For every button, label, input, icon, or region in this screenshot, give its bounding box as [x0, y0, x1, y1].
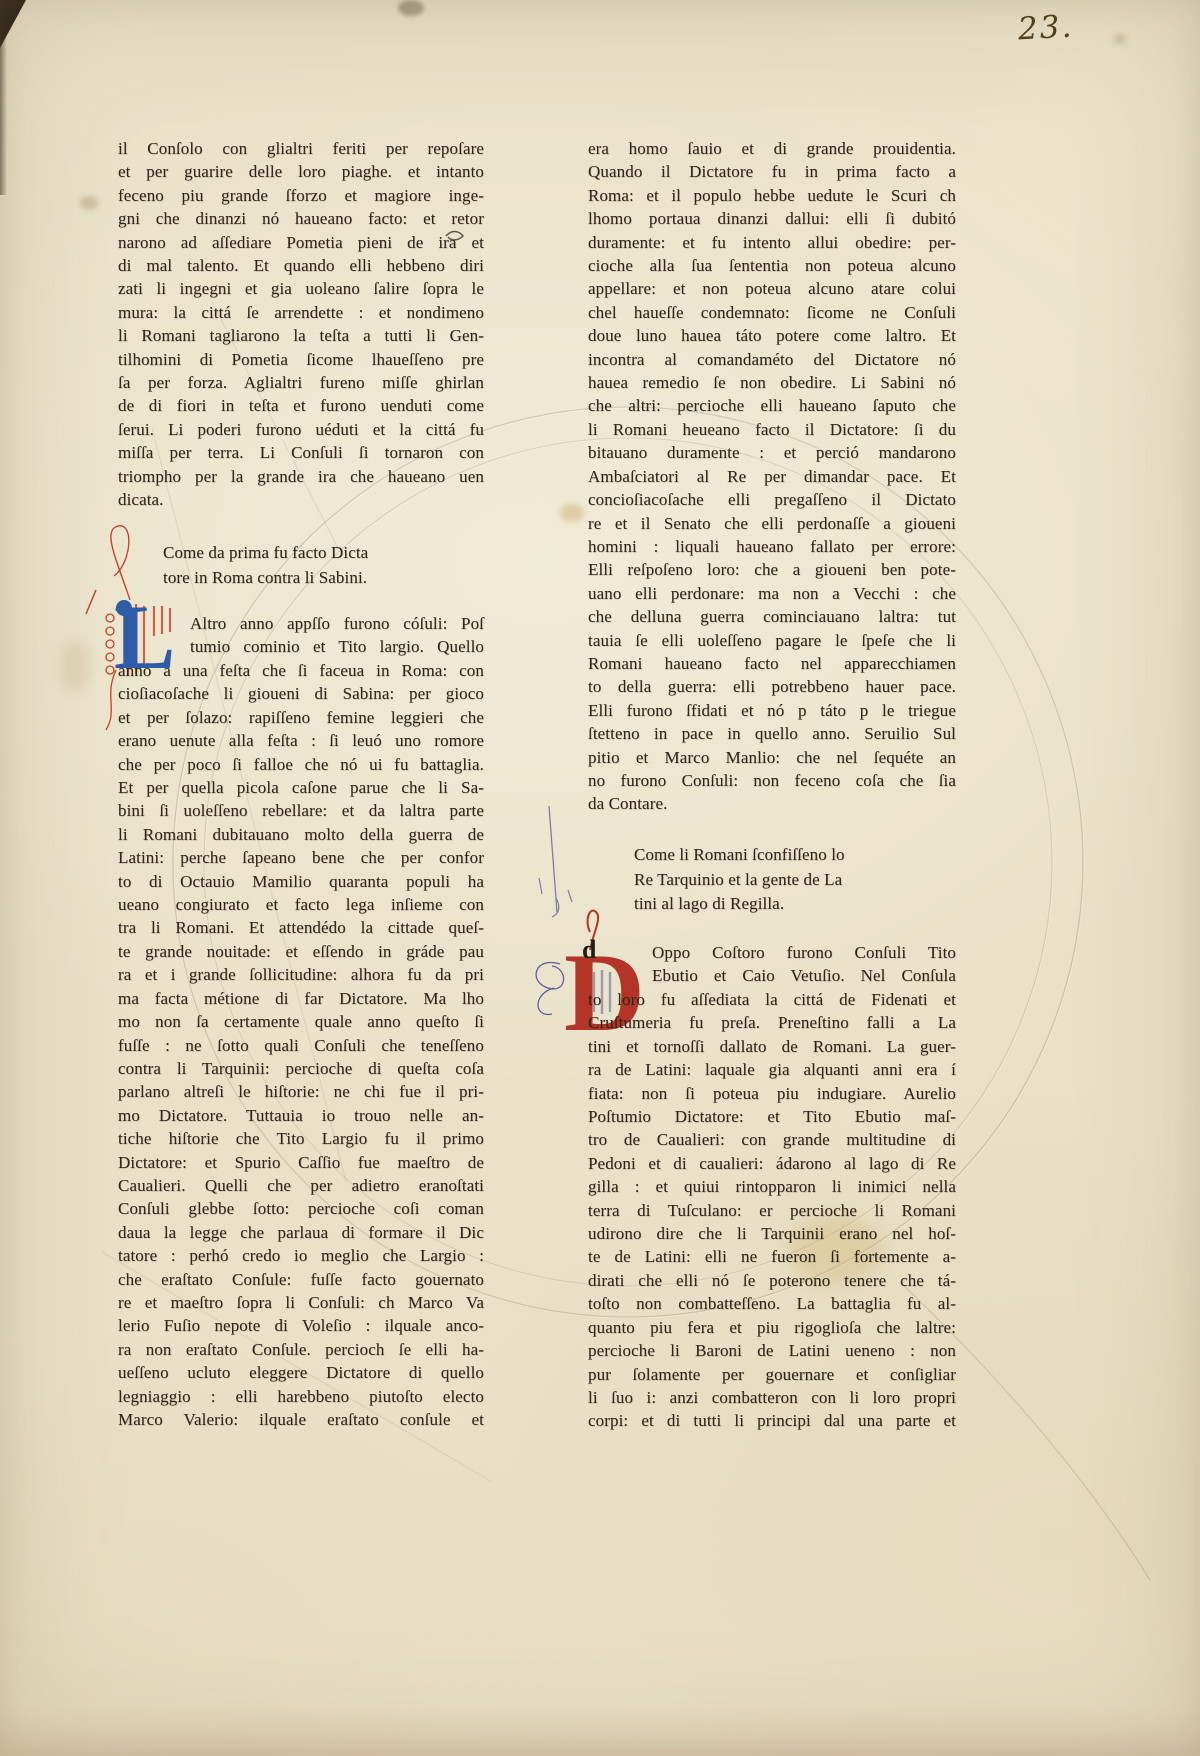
text-line: mura: la cittá ſe arrendette : et nondim… — [118, 301, 484, 324]
right-paragraph-1: era homo ſauio et di grande prouidentia.… — [588, 137, 956, 816]
text-line: to loro fu aſſediata la cittá de Fidenat… — [588, 988, 956, 1011]
text-line: Ebutio et Caio Vetuſio. Nel Conſula — [652, 964, 956, 987]
text-line: pur ſolamente per gouernare et conſiglia… — [588, 1363, 956, 1386]
text-line: chel haueſſe condemnato: ſicome ne Conſu… — [588, 301, 956, 324]
text-line: li Romani tagliarono la teſta a tutti li… — [118, 324, 484, 347]
text-line: Et per quella picola caſone parue che li… — [118, 776, 484, 799]
text-line: Caualieri. Quelli che per adietro eranoſ… — [118, 1174, 484, 1197]
text-line: cioche alla ſua ſententia non poteua alc… — [588, 254, 956, 277]
text-line: ra non eraſtato Conſule. percioch ſe ell… — [118, 1338, 484, 1361]
text-line: Conſuli glebbe ſotto: percioche coſi com… — [118, 1197, 484, 1220]
text-line: Ambaſciatori al Re per dimandar pace. Et — [588, 465, 956, 488]
text-line: Romani haueano facto nel apparecchiamen — [588, 652, 956, 675]
text-line: anno a una feſta che ſi faceua in Roma: … — [118, 659, 484, 682]
text-line: che per poco ſi falloe che nó ui fu batt… — [118, 753, 484, 776]
text-line: ma facta métione di far Dictatore. Ma lh… — [118, 987, 484, 1010]
text-line: contra li Tarquinii: percioche di queſta… — [118, 1057, 484, 1080]
text-line: duramente: et fu intento allui obedire: … — [588, 231, 956, 254]
bottom-edge-discoloration — [0, 1706, 1200, 1756]
scan-edge-shadow — [0, 0, 7, 195]
text-line: Poſtumio Dictatore: et Tito Ebutio maſ- — [588, 1105, 956, 1128]
text-line: terra di Tuſculano: er percioche li Roma… — [588, 1199, 956, 1222]
text-line: Quando il Dictatore fu in prima facto a — [588, 160, 956, 183]
text-line: miſſa per terra. Li Conſuli ſi tornaron … — [118, 441, 484, 464]
text-line: lerio Fuſio nepote di Voleſio : ilquale … — [118, 1314, 484, 1337]
text-line: narono ad aſſediare Pometia pieni de ira… — [118, 231, 484, 254]
text-line: triompho per la grande ira che haueano u… — [118, 465, 484, 488]
text-line: pitio et Marco Manlio: che nel ſequéte a… — [588, 746, 956, 769]
left-paragraph-1: il Conſolo con glialtri feriti per repoſ… — [118, 137, 484, 512]
text-line: quanto piu fera et piu rigoglioſa che la… — [588, 1316, 956, 1339]
text-line: te grande nouitade: et eſſendo in gráde … — [118, 940, 484, 963]
left-paragraph-2-indented: Altro anno appſſo furono cóſuli: Poſtumi… — [190, 612, 484, 659]
text-line: ſerui. Li poderi furono uéduti et la cit… — [118, 418, 484, 441]
text-line: concioſiacoſache elli pregaſſeno il Dict… — [588, 488, 956, 511]
text-line: fuſſe : ne ſotto quali Conſuli che teneſ… — [118, 1034, 484, 1057]
guide-letter-d: d — [582, 935, 597, 964]
text-line: gni che dinanzi nó haueano facto: et ret… — [118, 207, 484, 230]
text-line: to della guerra: elli potrebbeno hauer p… — [588, 675, 956, 698]
right-chapter-heading: Come li Romani ſconfiſſeno loRe Tarquini… — [634, 843, 949, 917]
text-line: tini et tornoſſi dallato de Romani. La g… — [588, 1035, 956, 1058]
text-line: Latini: perche ſapeano bene che per conf… — [118, 846, 484, 869]
text-line: ueſſeno ucluto eleggere Dictatore di que… — [118, 1361, 484, 1384]
text-line: dicata. — [118, 488, 484, 511]
text-line: appellare: et non poteua alcuno atare co… — [588, 277, 956, 300]
text-line: cioſiacoſache li gioueni di Sabina: per … — [118, 682, 484, 705]
text-line: Dictatore: et Spurio Caſſio fue maeſtro … — [118, 1151, 484, 1174]
paper-stain — [398, 0, 424, 16]
paper-stain — [80, 196, 98, 210]
text-line: tumio cominio et Tito largio. Quello — [190, 635, 484, 658]
text-line: erano uenute alla feſta : ſi leuó uno ro… — [118, 729, 484, 752]
text-line: to di Octauio Mamilio quaranta populi ha — [118, 870, 484, 893]
text-line: ueano congiurato et facto lega inſieme c… — [118, 893, 484, 916]
text-line: che delluna guerra cominciauano laltra: … — [588, 605, 956, 628]
text-line: feceno piu grande ſforzo et magiore inge… — [118, 184, 484, 207]
text-line: daua la legge che parlaua di formare il … — [118, 1221, 484, 1244]
text-line: parlano altreſi le hiſtorie: ne chi fue … — [118, 1080, 484, 1103]
text-line: fiata: non ſi poteua piu indugiare. Aure… — [588, 1082, 956, 1105]
text-line: toſto non combatteſſeno. La battaglia fu… — [588, 1292, 956, 1315]
text-line: tiche hiſtorie che Tito Largio fu il pri… — [118, 1127, 484, 1150]
text-line: ra et i grande ſollicitudine: alhora fu … — [118, 963, 484, 986]
text-line: tilhomini di Pometia ſicome lhaueſſeno p… — [118, 348, 484, 371]
text-line: legniaggio : elli harebbeno piutoſto ele… — [118, 1385, 484, 1408]
left-chapter-heading: Come da prima fu facto Dictatore in Roma… — [163, 541, 468, 590]
paper-stain — [1114, 34, 1126, 44]
text-line: de di fiori in teſta et furono uenduti c… — [118, 394, 484, 417]
text-line: era homo ſauio et di grande prouidentia. — [588, 137, 956, 160]
text-line: che eraſtato Conſule: fuſſe facto gouern… — [118, 1268, 484, 1291]
text-line: udirono dire che li Tarquinii erano nel … — [588, 1222, 956, 1245]
text-line: li ſuo i: anzi combatteron con li loro p… — [588, 1386, 956, 1409]
text-line: tini al lago di Regilla. — [634, 892, 949, 917]
text-line: re et maeſtro ſopra li Conſuli: ch Marco… — [118, 1291, 484, 1314]
text-line: hauea remedio ſe non obedire. Li Sabini … — [588, 371, 956, 394]
text-line: gilla : et quiui rintopparon li inimici … — [588, 1175, 956, 1198]
text-line: re et il Senato che elli perdonaſſe a gi… — [588, 512, 956, 535]
text-line: da Contare. — [588, 792, 956, 815]
left-paragraph-2: anno a una feſta che ſi faceua in Roma: … — [118, 659, 484, 1431]
text-line: bini ſi uoleſſeno rebellare: et da laltr… — [118, 799, 484, 822]
text-line: et per guarire delle loro piaghe. et int… — [118, 160, 484, 183]
text-line: Come li Romani ſconfiſſeno lo — [634, 843, 949, 868]
text-line: che altri: percioche elli haueano ſaputo… — [588, 394, 956, 417]
text-line: ſa per forza. Aglialtri fureno miſſe ghi… — [118, 371, 484, 394]
folio-number: 23. — [1017, 9, 1074, 48]
text-line: Come da prima fu facto Dicta — [163, 541, 468, 566]
text-line: tore in Roma contra li Sabini. — [163, 566, 468, 591]
text-line: Altro anno appſſo furono cóſuli: Poſ — [190, 612, 484, 635]
text-line: Roma: et il populo hebbe uedute le Scuri… — [588, 184, 956, 207]
text-line: corpi: et di tutti li principi dal una p… — [588, 1409, 956, 1432]
text-line: ſtetteno in pace in quello anno. Seruili… — [588, 722, 956, 745]
text-line: tatore : perhó credo io meglio che Largi… — [118, 1244, 484, 1267]
text-line: li Romani heueano facto il Dictatore: ſi… — [588, 418, 956, 441]
text-line: li Romani dubitauano molto della guerra … — [118, 823, 484, 846]
incunabulum-page: 23. il Conſolo con glialtri feriti per r… — [0, 0, 1200, 1756]
text-line: lhomo portaua dinanzi dallui: elli ſi du… — [588, 207, 956, 230]
text-line: tra li Romani. Et attendédo la cittade q… — [118, 916, 484, 939]
text-line: Pedoni et di caualieri: ádarono al lago … — [588, 1152, 956, 1175]
text-line: Cruſtumeria fu preſa. Preneſtino falli a… — [588, 1011, 956, 1034]
right-paragraph-2: to loro fu aſſediata la cittá de Fidenat… — [588, 988, 956, 1433]
text-line: no furono Conſuli: non feceno coſa che ſ… — [588, 769, 956, 792]
text-line: dirati che elli nó ſe poterono tenere ch… — [588, 1269, 956, 1292]
text-line: percioche li Baroni de Latini ueneno : n… — [588, 1339, 956, 1362]
text-line: Re Tarquinio et la gente de La — [634, 868, 949, 893]
text-line: Oppo Coſtoro furono Conſuli Tito — [652, 941, 956, 964]
text-line: zati li ingegni et gia uoleano ſalire ſo… — [118, 277, 484, 300]
paper-stain — [560, 504, 584, 522]
text-line: tro de Caualieri: con grande multitudine… — [588, 1128, 956, 1151]
text-line: mo non ſa certamente quale anno queſto ſ… — [118, 1010, 484, 1033]
text-line: il Conſolo con glialtri feriti per repoſ… — [118, 137, 484, 160]
text-line: homini : liquali haueano fallato per err… — [588, 535, 956, 558]
text-line: te de Latini: elli ne fueron ſi fortemen… — [588, 1245, 956, 1268]
text-line: tauia ſe elli uoleſſeno pagare le ſpeſe … — [588, 629, 956, 652]
text-line: uano elli perdonare: ma non a Vecchi : c… — [588, 582, 956, 605]
text-line: bitauano duramente : et perció mandarono — [588, 441, 956, 464]
text-line: et per ſolazo: rapiſſeno femine leggieri… — [118, 706, 484, 729]
text-line: Elli reſpoſeno loro: che a gioueni ben p… — [588, 558, 956, 581]
right-paragraph-2-indented: Oppo Coſtoro furono Conſuli TitoEbutio e… — [652, 941, 956, 988]
text-line: incontra al comandaméto del Dictatore nó — [588, 348, 956, 371]
text-line: doue luno hauea táto potere come laltro.… — [588, 324, 956, 347]
text-line: Marco Valerio: ilquale eraſtato conſule … — [118, 1408, 484, 1431]
text-line: mo Dictatore. Tuttauia io trouo nelle an… — [118, 1104, 484, 1127]
text-line: Elli furono ſfidati et nó p táto p le tr… — [588, 699, 956, 722]
text-line: ra de Latini: laquale gia alquanti anni … — [588, 1058, 956, 1081]
text-line: di mal talento. Et quando elli hebbeno d… — [118, 254, 484, 277]
